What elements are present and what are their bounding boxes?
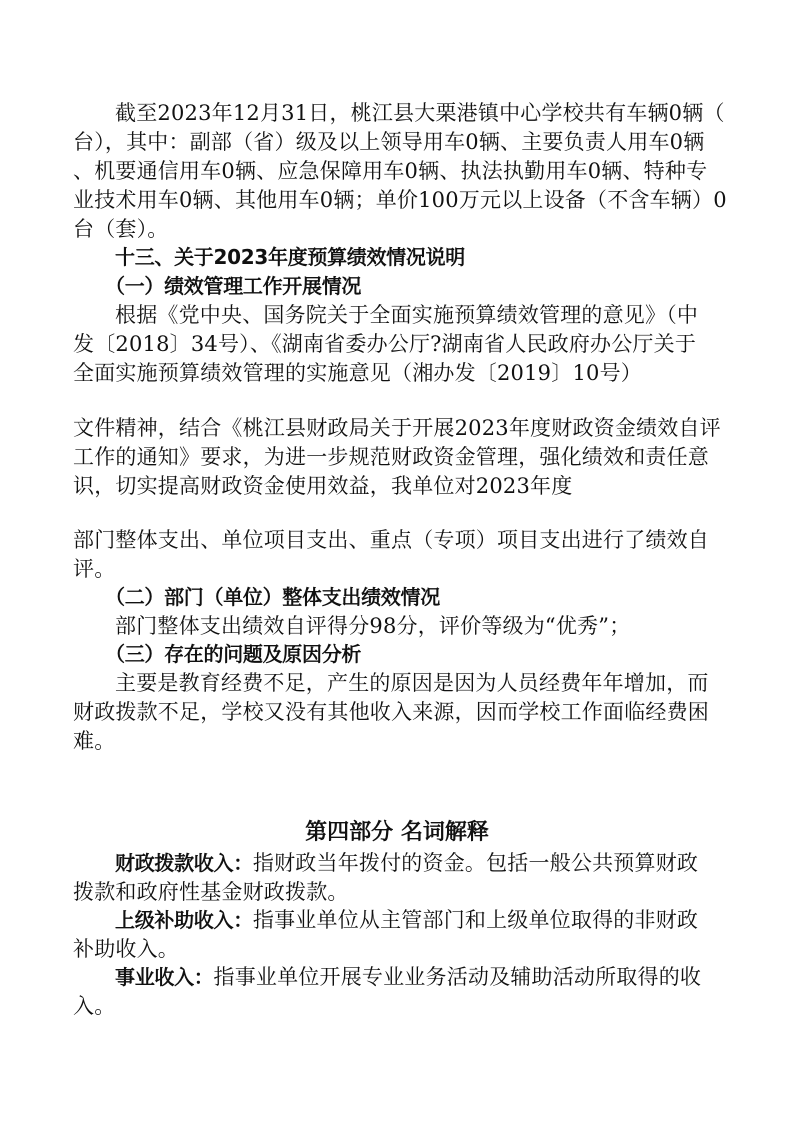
paragraph-line: 补助收入。 xyxy=(73,935,721,964)
paragraph-line: 台（套）。 xyxy=(73,215,721,244)
term-text: 指事业单位开展专业业务活动及辅助活动所取得的收 xyxy=(214,965,702,989)
paragraph-line: 评。 xyxy=(73,555,721,584)
paragraph-line: 截至2023年12月31日，桃江县大栗港镇中心学校共有车辆0辆（ xyxy=(73,99,763,128)
paragraph-line: 根据《党中央、国务院关于全面实施预算绩效管理的意见》（中 xyxy=(73,301,763,330)
paragraph-line: 部门整体支出绩效自评得分98分，评价等级为“优秀”； xyxy=(73,612,763,641)
term-label: 上级补助收入： xyxy=(115,908,253,932)
term-label: 财政拨款收入： xyxy=(115,851,253,875)
term-text: 指事业单位从主管部门和上级单位取得的非财政 xyxy=(253,908,698,932)
paragraph-line: 财政拨款不足，学校又没有其他收入来源，因而学校工作面临经费困 xyxy=(73,698,721,727)
paragraph-line: 工作的通知》要求，为进一步规范财政资金管理，强化绩效和责任意 xyxy=(73,443,721,472)
paragraph-line: 主要是教育经费不足，产生的原因是因为人员经费年年增加，而 xyxy=(73,669,763,698)
subsection-heading: （一）绩效管理工作开展情况 xyxy=(73,272,753,301)
paragraph-line: 全面实施预算绩效管理的实施意见（湘办发〔2019〕10号） xyxy=(73,359,721,388)
term-text: 指财政当年拨付的资金。包括一般公共预算财政 xyxy=(253,851,698,875)
section-heading: 十三、关于2023年度预算绩效情况说明 xyxy=(73,243,763,272)
part-title: 第四部分 名词解释 xyxy=(73,818,721,848)
paragraph-line: 识，切实提高财政资金使用效益，我单位对2023年度 xyxy=(73,472,721,501)
paragraph-line: 难。 xyxy=(73,727,721,756)
term-label: 事业收入： xyxy=(115,965,214,989)
term-definition: 上级补助收入：指事业单位从主管部门和上级单位取得的非财政 xyxy=(73,906,763,935)
subsection-heading: （三）存在的问题及原因分析 xyxy=(73,640,753,669)
term-definition: 财政拨款收入：指财政当年拨付的资金。包括一般公共预算财政 xyxy=(73,849,763,878)
paragraph-line: 业技术用车0辆、其他用车0辆；单价100万元以上设备（不含车辆）0 xyxy=(73,186,721,215)
paragraph-line: 发〔2018〕34号）、《湖南省委办公厅?湖南省人民政府办公厅关于 xyxy=(73,330,721,359)
paragraph-line: 、机要通信用车0辆、应急保障用车0辆、执法执勤用车0辆、特种专 xyxy=(73,157,721,186)
paragraph-line: 台），其中：副部（省）级及以上领导用车0辆、主要负责人用车0辆 xyxy=(73,128,721,157)
subsection-heading: （二）部门（单位）整体支出绩效情况 xyxy=(73,583,753,612)
term-definition: 事业收入：指事业单位开展专业业务活动及辅助活动所取得的收 xyxy=(73,963,763,992)
paragraph-line: 入。 xyxy=(73,992,721,1021)
paragraph-line: 拨款和政府性基金财政拨款。 xyxy=(73,878,721,907)
paragraph-line: 文件精神，结合《桃江县财政局关于开展2023年度财政资金绩效自评 xyxy=(73,414,721,443)
paragraph-line: 部门整体支出、单位项目支出、重点（专项）项目支出进行了绩效自 xyxy=(73,526,721,555)
